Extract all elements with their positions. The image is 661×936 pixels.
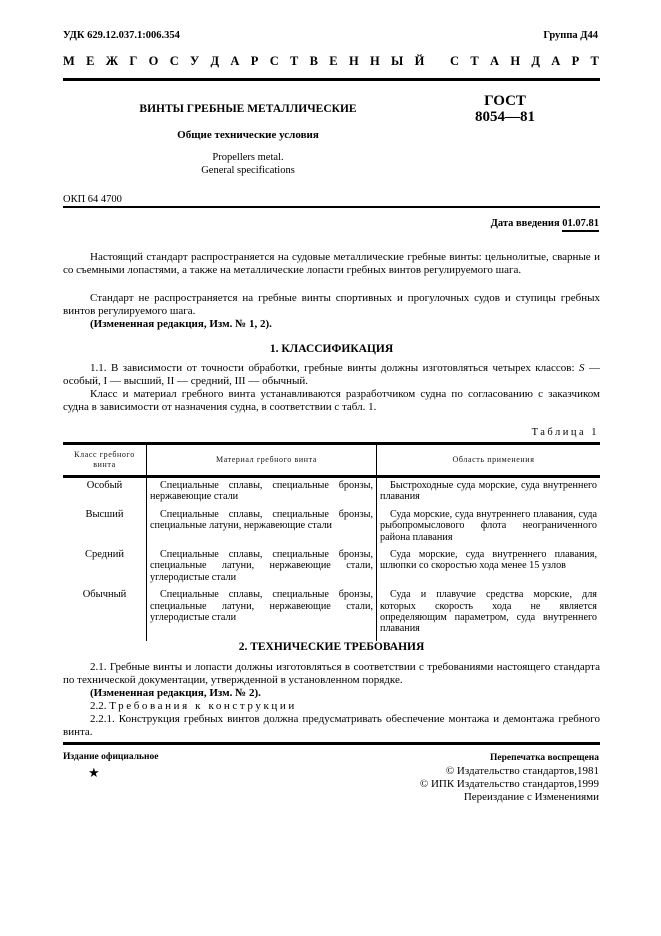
cell-class: Обычный xyxy=(63,587,147,641)
cell-class: Средний xyxy=(63,547,147,587)
cell-application: Суда морские, суда внутреннего плавания,… xyxy=(377,507,601,547)
clause-2-2: 2.2. Требования к конструкции xyxy=(63,700,600,713)
reprint-prohibited: Перепечатка воспрещена xyxy=(420,752,599,765)
cell-class: Особый xyxy=(63,477,147,507)
table-row: Высший Специальные сплавы, специальные б… xyxy=(63,507,600,547)
title-rule xyxy=(63,206,600,208)
interstate-letter: Й xyxy=(415,54,425,69)
okp-code: ОКП 64 4700 xyxy=(63,194,122,205)
cell-application: Суда и плавучие средства морские, для ко… xyxy=(377,587,601,641)
group-code: Группа Д44 xyxy=(543,30,598,41)
cell-material: Специальные сплавы, специальные бронзы, … xyxy=(147,477,377,507)
star-icon: ★ xyxy=(88,765,100,781)
interstate-letter: Ы xyxy=(391,54,403,69)
introduction-date: Дата введения 01.07.81 xyxy=(491,218,599,229)
gost-designation: ГОСТ 8054—81 xyxy=(460,93,550,125)
interstate-letter xyxy=(436,54,439,69)
interstate-letter: Р xyxy=(251,54,259,69)
table-caption: Таблица 1 xyxy=(532,427,599,438)
header-material: Материал гребного винта xyxy=(147,444,377,477)
header-application: Область применения xyxy=(377,444,601,477)
clause-2-1: 2.1. Гребные винты и лопасти должны изго… xyxy=(63,661,600,686)
publisher-info: Перепечатка воспрещена © Издательство ст… xyxy=(420,752,599,804)
header-rule xyxy=(63,78,600,81)
document-title: ВИНТЫ ГРЕБНЫЕ МЕТАЛЛИЧЕСКИЕ xyxy=(63,103,433,115)
interstate-letter: С xyxy=(450,54,459,69)
reissue-note: Переиздание с Изменениями xyxy=(420,791,599,804)
document-subtitle: Общие технические условия xyxy=(63,129,433,141)
interstate-letter: С xyxy=(270,54,279,69)
header-class: Класс гребного винта xyxy=(63,444,147,477)
interstate-letter: А xyxy=(551,54,560,69)
cell-material: Специальные сплавы, специальные бронзы, … xyxy=(147,547,377,587)
clause-2-2-number: 2.2. xyxy=(90,700,107,712)
gost-label: ГОСТ xyxy=(460,93,550,109)
interstate-letter: Г xyxy=(129,54,137,69)
interstate-letter: А xyxy=(490,54,499,69)
interstate-letter: Н xyxy=(349,54,359,69)
interstate-letter: О xyxy=(149,54,159,69)
interstate-letter: М xyxy=(63,54,75,69)
interstate-letter: Н xyxy=(370,54,380,69)
clause-1-1: 1.1. В зависимости от точности обработки… xyxy=(63,362,600,387)
table-row: Средний Специальные сплавы, специальные … xyxy=(63,547,600,587)
clause-2-2-1: 2.2.1. Конструкция гребных винтов должна… xyxy=(63,713,600,738)
cell-material: Специальные сплавы, специальные бронзы, … xyxy=(147,507,377,547)
interstate-letter: В xyxy=(310,54,318,69)
copyright-1999: © ИПК Издательство стандартов,1999 xyxy=(420,778,599,791)
udk-code: УДК 629.12.037.1:006.354 xyxy=(63,30,180,41)
classification-table: Класс гребного винта Материал гребного в… xyxy=(63,442,600,641)
section-1-heading: 1. КЛАССИФИКАЦИЯ xyxy=(63,343,600,355)
interstate-letter: Т xyxy=(290,54,298,69)
intro-paragraph-1: Настоящий стандарт распространяется на с… xyxy=(63,251,600,276)
interstate-letter: Е xyxy=(86,54,94,69)
clause-1-1-prefix: 1.1. В зависимости от точности обработки… xyxy=(90,362,579,374)
table-header-row: Класс гребного винта Материал гребного в… xyxy=(63,444,600,477)
section-2-heading: 2. ТЕХНИЧЕСКИЕ ТРЕБОВАНИЯ xyxy=(63,641,600,653)
official-edition-label: Издание официальное xyxy=(63,752,159,762)
introduction-date-value: 01.07.81 xyxy=(562,218,599,232)
footer-rule xyxy=(63,742,600,745)
clause-2-2-title: Требования к конструкции xyxy=(109,700,297,712)
english-title: Propellers metal. General specifications xyxy=(63,151,433,177)
copyright-1981: © Издательство стандартов,1981 xyxy=(420,765,599,778)
interstate-letter: Н xyxy=(510,54,520,69)
introduction-date-label: Дата введения xyxy=(491,218,560,229)
gost-number: 8054—81 xyxy=(460,109,550,125)
intro-amendment-note: (Измененная редакция, Изм. № 1, 2). xyxy=(90,318,272,330)
english-title-line1: Propellers metal. xyxy=(63,151,433,164)
interstate-letter: Р xyxy=(572,54,580,69)
interstate-letter: У xyxy=(190,54,199,69)
interstate-letter: Д xyxy=(531,54,540,69)
english-title-line2: General specifications xyxy=(63,164,433,177)
interstate-letter: Т xyxy=(591,54,599,69)
intro-paragraph-2: Стандарт не распространяется на гребные … xyxy=(63,292,600,317)
cell-class: Высший xyxy=(63,507,147,547)
interstate-letter: Д xyxy=(211,54,220,69)
cell-application: Быстроходные суда морские, суда внутренн… xyxy=(377,477,601,507)
cell-material: Специальные сплавы, специальные бронзы, … xyxy=(147,587,377,641)
interstate-letter: Е xyxy=(329,54,337,69)
table-row: Особый Специальные сплавы, специальные б… xyxy=(63,477,600,507)
interstate-letter: С xyxy=(170,54,179,69)
interstate-letter: Ж xyxy=(106,54,118,69)
interstate-standard-banner: МЕЖГОСУДАРСТВЕННЫЙ СТАНДАРТ xyxy=(63,54,599,69)
interstate-letter: Т xyxy=(470,54,478,69)
clause-2-1-amendment-note: (Измененная редакция, Изм. № 2). xyxy=(90,687,261,699)
table-row: Обычный Специальные сплавы, специальные … xyxy=(63,587,600,641)
interstate-letter: А xyxy=(230,54,239,69)
clause-1-1-paragraph-2: Класс и материал гребного винта устанавл… xyxy=(63,388,600,413)
cell-application: Суда морские, суда внутреннего плавания,… xyxy=(377,547,601,587)
